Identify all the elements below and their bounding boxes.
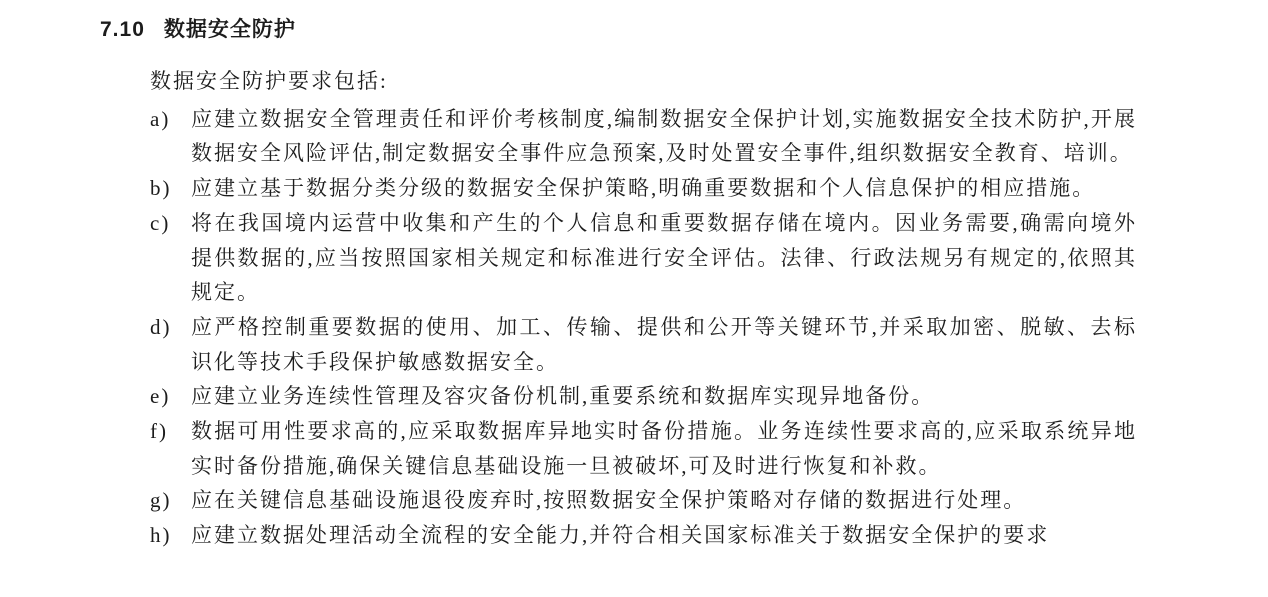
list-item-label: b) — [150, 171, 191, 206]
list-item-label: e) — [150, 379, 191, 414]
list-item: a) 应建立数据安全管理责任和评价考核制度,编制数据安全保护计划,实施数据安全技… — [150, 102, 1137, 171]
section-number: 7.10 — [100, 18, 145, 42]
section-title: 数据安全防护 — [164, 13, 296, 43]
list-item-text: 应建立数据安全管理责任和评价考核制度,编制数据安全保护计划,实施数据安全技术防护… — [191, 102, 1137, 171]
list-item-text: 将在我国境内运营中收集和产生的个人信息和重要数据存储在境内。因业务需要,确需向境… — [191, 206, 1137, 310]
list-item-label: d) — [150, 310, 191, 345]
list-item-label: h) — [150, 518, 191, 553]
list-item: e) 应建立业务连续性管理及容灾备份机制,重要系统和数据库实现异地备份。 — [150, 379, 1137, 414]
list-item-label: a) — [150, 102, 191, 137]
document-page: 7.10 数据安全防护 数据安全防护要求包括: a) 应建立数据安全管理责任和评… — [0, 0, 1268, 597]
list-item-text: 应建立数据处理活动全流程的安全能力,并符合相关国家标准关于数据安全保护的要求 — [191, 518, 1137, 553]
list-item: h) 应建立数据处理活动全流程的安全能力,并符合相关国家标准关于数据安全保护的要… — [150, 518, 1137, 553]
list-item-text: 应建立基于数据分类分级的数据安全保护策略,明确重要数据和个人信息保护的相应措施。 — [191, 171, 1137, 206]
list-item: c) 将在我国境内运营中收集和产生的个人信息和重要数据存储在境内。因业务需要,确… — [150, 206, 1137, 310]
list-item: g) 应在关键信息基础设施退役废弃时,按照数据安全保护策略对存储的数据进行处理。 — [150, 483, 1137, 518]
list-item: b) 应建立基于数据分类分级的数据安全保护策略,明确重要数据和个人信息保护的相应… — [150, 171, 1137, 206]
list-item-label: c) — [150, 206, 191, 241]
section-heading: 7.10 数据安全防护 — [100, 13, 1268, 43]
list-item-label: g) — [150, 483, 191, 518]
list-item-text: 数据可用性要求高的,应采取数据库异地实时备份措施。业务连续性要求高的,应采取系统… — [191, 414, 1137, 483]
list-item-text: 应建立业务连续性管理及容灾备份机制,重要系统和数据库实现异地备份。 — [191, 379, 1137, 414]
list-item: f) 数据可用性要求高的,应采取数据库异地实时备份措施。业务连续性要求高的,应采… — [150, 414, 1137, 483]
section-content: 数据安全防护要求包括: a) 应建立数据安全管理责任和评价考核制度,编制数据安全… — [150, 64, 1137, 553]
list-item-text: 应严格控制重要数据的使用、加工、传输、提供和公开等关键环节,并采取加密、脱敏、去… — [191, 310, 1137, 379]
list-item-text: 应在关键信息基础设施退役废弃时,按照数据安全保护策略对存储的数据进行处理。 — [191, 483, 1137, 518]
requirements-list: a) 应建立数据安全管理责任和评价考核制度,编制数据安全保护计划,实施数据安全技… — [150, 102, 1137, 553]
list-item: d) 应严格控制重要数据的使用、加工、传输、提供和公开等关键环节,并采取加密、脱… — [150, 310, 1137, 379]
intro-paragraph: 数据安全防护要求包括: — [150, 64, 1137, 99]
list-item-label: f) — [150, 414, 191, 449]
